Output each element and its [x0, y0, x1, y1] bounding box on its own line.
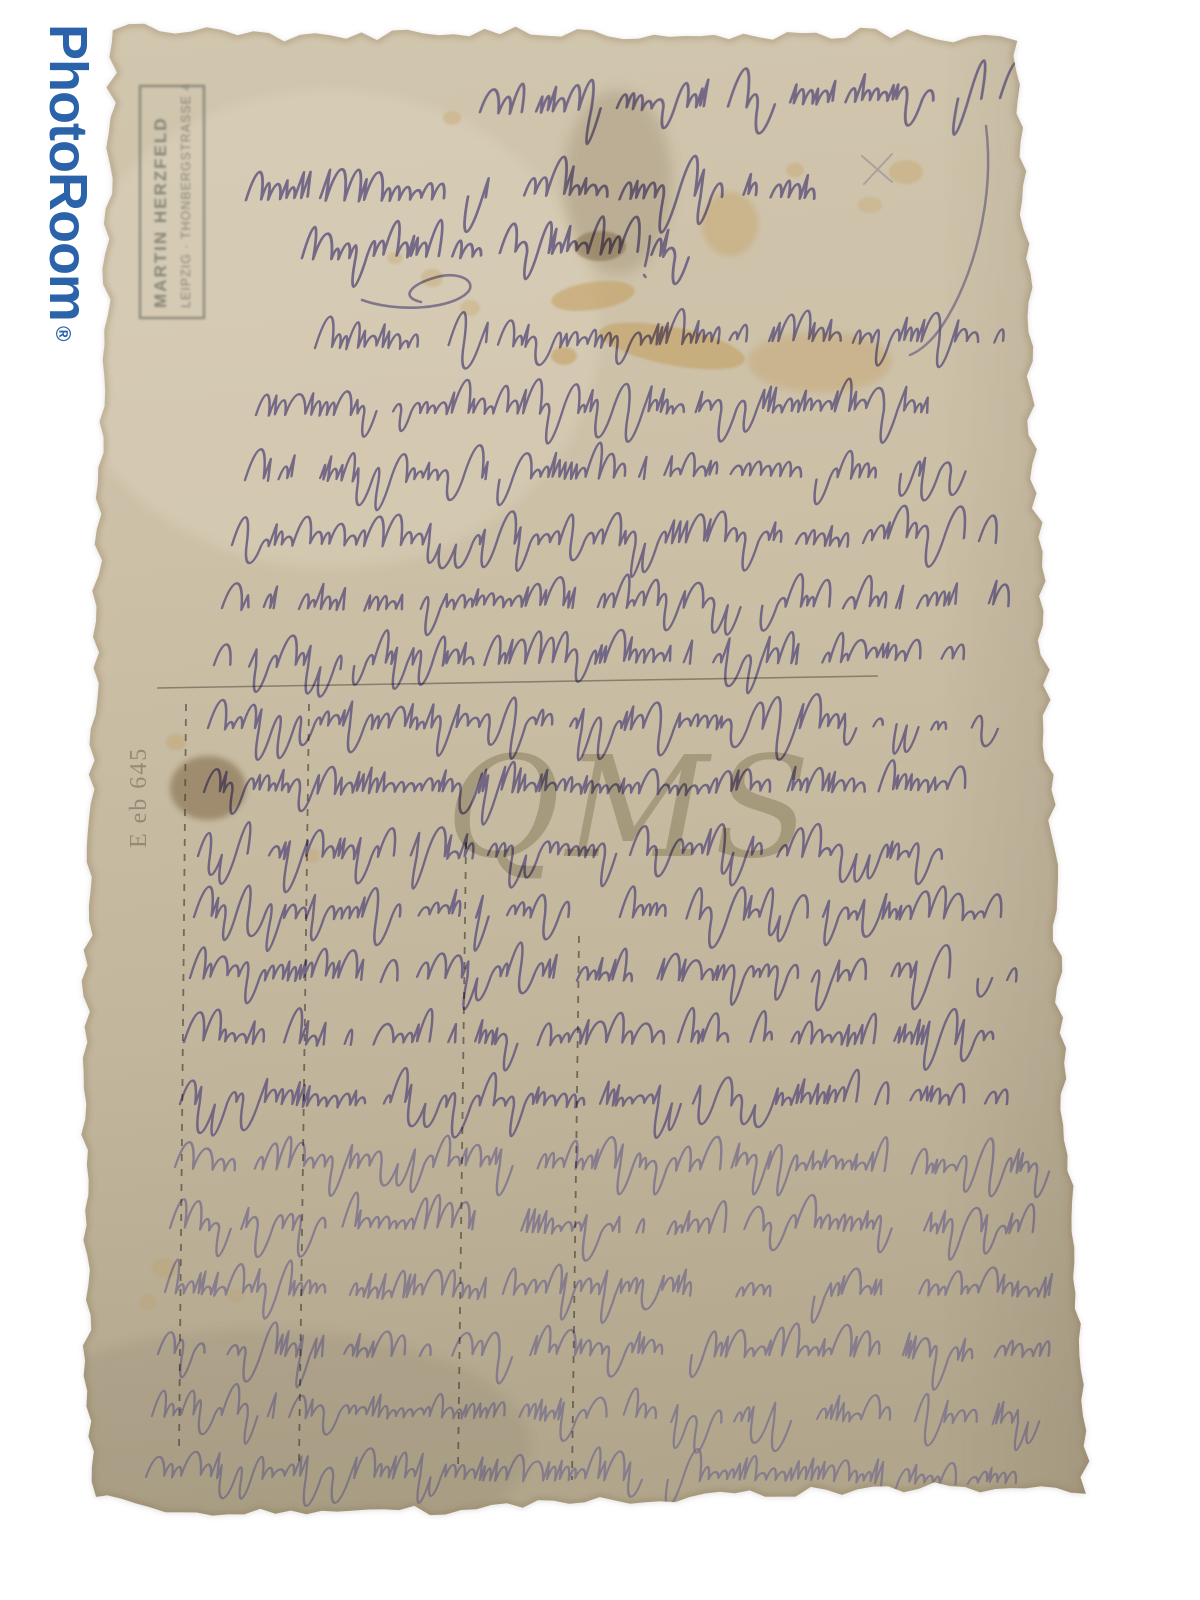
- printer-code: E eb 645: [126, 747, 152, 848]
- photo-canvas: PhotoRoom®: [0, 0, 1200, 1600]
- paper-shading-bottom: [0, 1330, 530, 1560]
- postcard-photo: MARTIN HERZFELD LEIPZIG · THONBERGSTRASS…: [0, 0, 1200, 1600]
- stain: [858, 197, 882, 213]
- stain: [228, 1289, 244, 1303]
- stain: [387, 252, 403, 264]
- stain: [889, 160, 923, 184]
- stain: [786, 163, 804, 177]
- qms-watermark: QMS: [446, 727, 815, 890]
- stain: [139, 1294, 157, 1310]
- stain: [551, 347, 577, 365]
- stain: [170, 756, 246, 820]
- stain: [443, 111, 461, 125]
- sender-stamp-address: LEIPZIG · THONBERGSTRASSE 4: [179, 83, 193, 308]
- stain: [460, 300, 480, 316]
- stain: [166, 734, 186, 750]
- stain: [152, 1258, 178, 1278]
- sender-stamp-name: MARTIN HERZFELD: [151, 117, 170, 308]
